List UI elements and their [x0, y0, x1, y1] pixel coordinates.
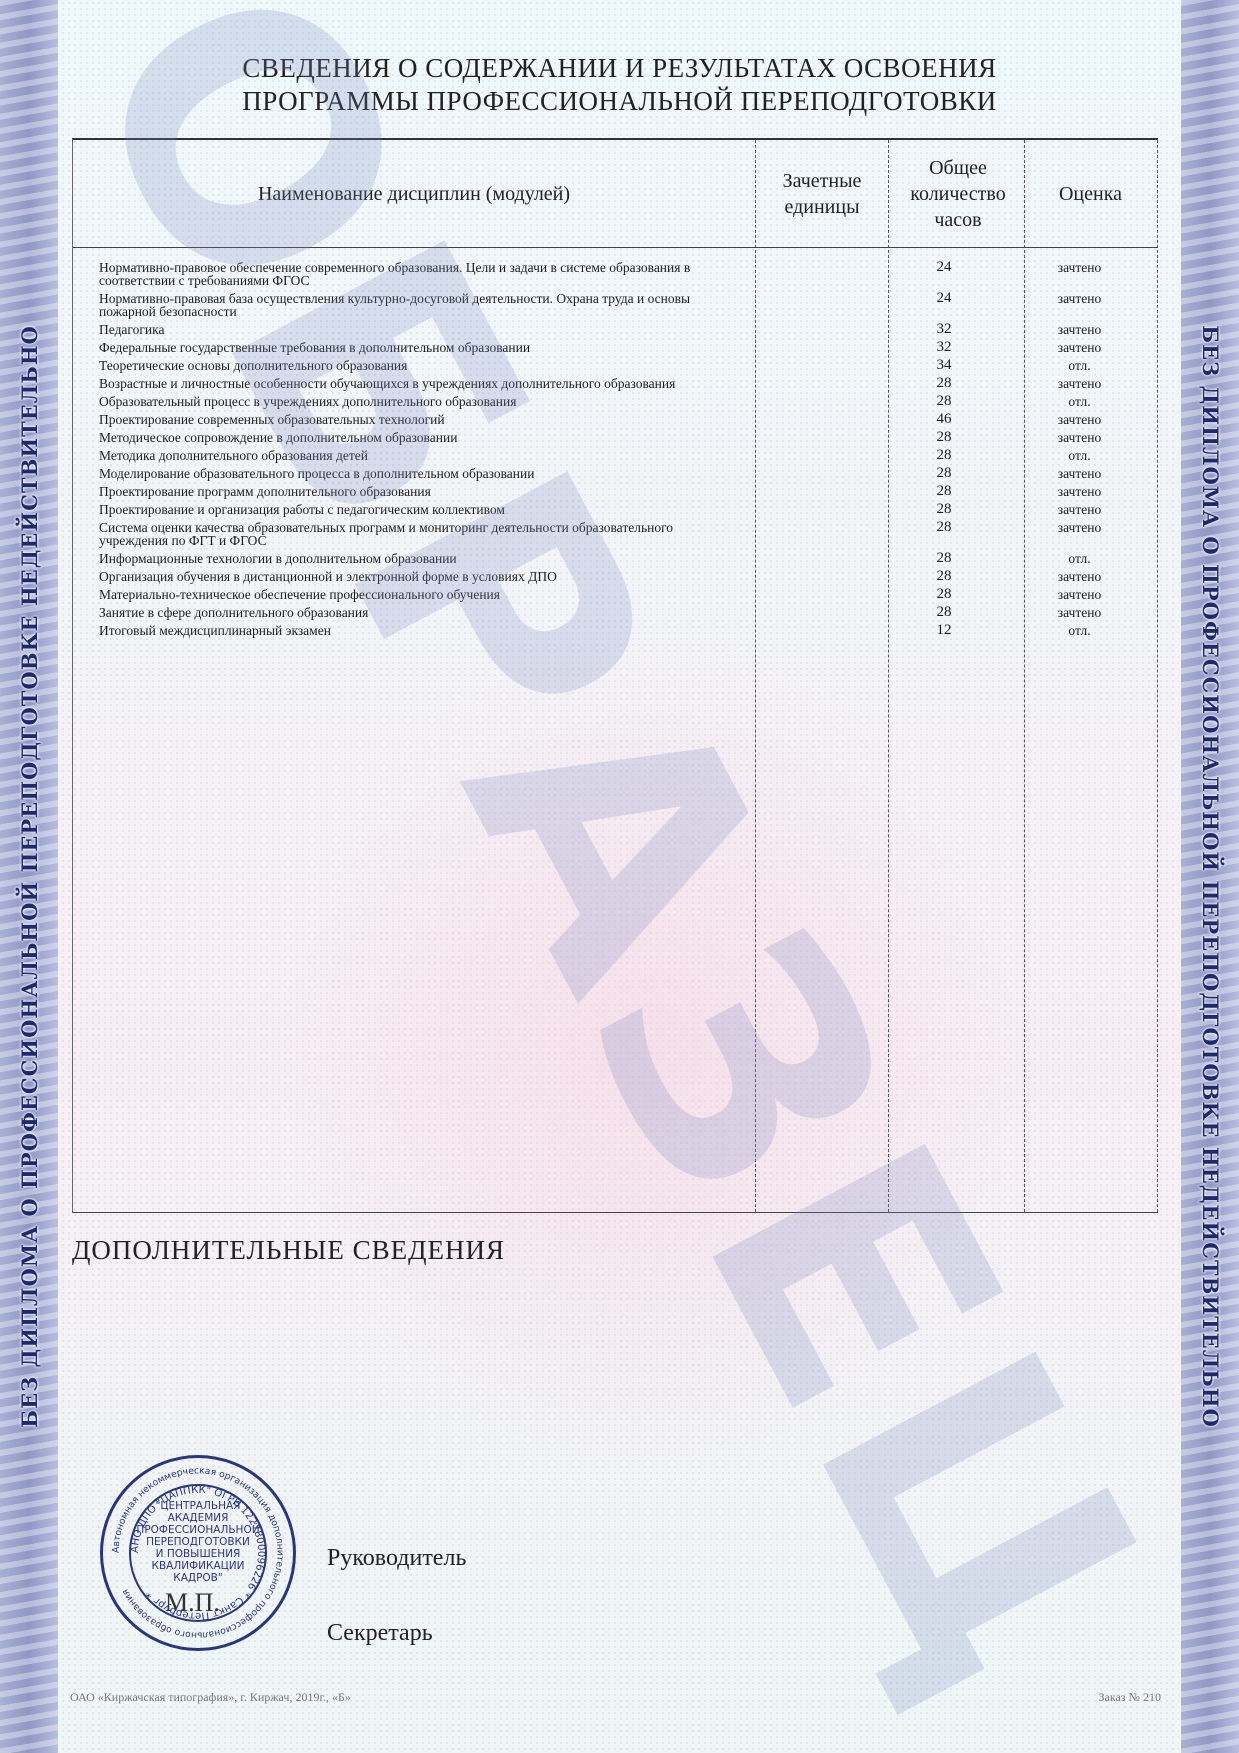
table-row: Нормативно-правовое обеспечение современ… — [73, 261, 1158, 287]
grade: отл. — [1012, 395, 1147, 408]
grade: зачтено — [1012, 467, 1147, 480]
grade: зачтено — [1012, 485, 1147, 498]
table-row: Нормативно-правовая база осуществления к… — [73, 292, 1158, 318]
table-body: Нормативно-правовое обеспечение современ… — [73, 261, 1158, 642]
seal-center-line: И ПОВЫШЕНИЯ — [103, 1548, 293, 1560]
discipline-name: Методическое сопровождение в дополнитель… — [73, 431, 743, 444]
credit-units — [743, 606, 876, 619]
seal-center-line: "ЦЕНТРАЛЬНАЯ — [103, 1500, 293, 1512]
table-row: Теоретические основы дополнительного обр… — [73, 359, 1158, 372]
additional-info-heading: ДОПОЛНИТЕЛЬНЫЕ СВЕДЕНИЯ — [72, 1235, 505, 1266]
total-hours: 28 — [876, 503, 1012, 516]
credit-units — [743, 570, 876, 583]
grade: зачтено — [1012, 292, 1147, 318]
credit-units — [743, 323, 876, 336]
header-credit-units: Зачетные единицы — [763, 140, 881, 247]
discipline-name: Итоговый междисциплинарный экзамен — [73, 624, 743, 637]
discipline-name: Нормативно-правовая база осуществления к… — [73, 292, 743, 318]
page-title: СВЕДЕНИЯ О СОДЕРЖАНИИ И РЕЗУЛЬТАТАХ ОСВО… — [0, 52, 1239, 118]
grade: зачтено — [1012, 323, 1147, 336]
discipline-name: Проектирование и организация работы с пе… — [73, 503, 743, 516]
table-row: Система оценки качества образовательных … — [73, 521, 1158, 547]
grade: зачтено — [1012, 503, 1147, 516]
total-hours: 24 — [876, 261, 1012, 287]
table-row: Педагогика32зачтено — [73, 323, 1158, 336]
table-row: Занятие в сфере дополнительного образова… — [73, 606, 1158, 619]
credit-units — [743, 377, 876, 390]
table-row: Проектирование и организация работы с пе… — [73, 503, 1158, 516]
credit-units — [743, 552, 876, 565]
discipline-name: Образовательный процесс в учреждениях до… — [73, 395, 743, 408]
discipline-name: Материально-техническое обеспечение проф… — [73, 588, 743, 601]
right-border-text: БЕЗ ДИПЛОМА О ПРОФЕССИОНАЛЬНОЙ ПЕРЕПОДГО… — [1198, 325, 1223, 1428]
left-border-text: БЕЗ ДИПЛОМА О ПРОФЕССИОНАЛЬНОЙ ПЕРЕПОДГО… — [17, 325, 42, 1428]
discipline-name: Нормативно-правовое обеспечение современ… — [73, 261, 743, 287]
grade: отл. — [1012, 552, 1147, 565]
total-hours: 12 — [876, 624, 1012, 637]
credit-units — [743, 431, 876, 444]
table-row: Методика дополнительного образования дет… — [73, 449, 1158, 462]
printer-imprint: ОАО «Киржачская типография», г. Киржач, … — [70, 1690, 351, 1705]
header-divider — [73, 247, 1158, 248]
credit-units — [743, 449, 876, 462]
header-total-hours: Общее количество часов — [908, 140, 1008, 247]
total-hours: 28 — [876, 449, 1012, 462]
seal-center-line: АКАДЕМИЯ — [103, 1512, 293, 1524]
discipline-name: Методика дополнительного образования дет… — [73, 449, 743, 462]
total-hours: 32 — [876, 323, 1012, 336]
table-row: Моделирование образовательного процесса … — [73, 467, 1158, 480]
discipline-name: Информационные технологии в дополнительн… — [73, 552, 743, 565]
disciplines-table: Наименование дисциплин (модулей) Зачетны… — [72, 138, 1158, 1213]
credit-units — [743, 359, 876, 372]
table-row: Материально-техническое обеспечение проф… — [73, 588, 1158, 601]
table-row: Организация обучения в дистанционной и э… — [73, 570, 1158, 583]
discipline-name: Система оценки качества образовательных … — [73, 521, 743, 547]
total-hours: 46 — [876, 413, 1012, 426]
discipline-name: Организация обучения в дистанционной и э… — [73, 570, 743, 583]
head-signature-label: Руководитель — [327, 1545, 466, 1572]
title-line-2: ПРОГРАММЫ ПРОФЕССИОНАЛЬНОЙ ПЕРЕПОДГОТОВК… — [0, 85, 1239, 118]
order-number: Заказ № 210 — [1098, 1690, 1161, 1705]
total-hours: 28 — [876, 552, 1012, 565]
grade: зачтено — [1012, 377, 1147, 390]
seal-center-line: КВАЛИФИКАЦИИ — [103, 1560, 293, 1572]
credit-units — [743, 292, 876, 318]
seal-center-text: "ЦЕНТРАЛЬНАЯАКАДЕМИЯПРОФЕССИОНАЛЬНОЙПЕРЕ… — [103, 1500, 293, 1584]
credit-units — [743, 485, 876, 498]
total-hours: 28 — [876, 395, 1012, 408]
left-security-border: БЕЗ ДИПЛОМА О ПРОФЕССИОНАЛЬНОЙ ПЕРЕПОДГО… — [0, 0, 58, 1753]
discipline-name: Федеральные государственные требования в… — [73, 341, 743, 354]
credit-units — [743, 588, 876, 601]
official-seal: Автономная некоммерческая организация до… — [100, 1455, 296, 1651]
total-hours: 28 — [876, 467, 1012, 480]
discipline-name: Проектирование современных образовательн… — [73, 413, 743, 426]
total-hours: 32 — [876, 341, 1012, 354]
grade: отл. — [1012, 359, 1147, 372]
credit-units — [743, 395, 876, 408]
credit-units — [743, 467, 876, 480]
grade: отл. — [1012, 624, 1147, 637]
seal-center-line: ПЕРЕПОДГОТОВКИ — [103, 1536, 293, 1548]
table-row: Проектирование современных образовательн… — [73, 413, 1158, 426]
grade: зачтено — [1012, 570, 1147, 583]
grade: зачтено — [1012, 261, 1147, 287]
seal-center-line: КАДРОВ" — [103, 1572, 293, 1584]
discipline-name: Возрастные и личностные особенности обуч… — [73, 377, 743, 390]
grade: зачтено — [1012, 431, 1147, 444]
table-row: Информационные технологии в дополнительн… — [73, 552, 1158, 565]
seal-center-line: ПРОФЕССИОНАЛЬНОЙ — [103, 1524, 293, 1536]
seal-place-label: М.П. — [165, 1588, 220, 1618]
table-row: Возрастные и личностные особенности обуч… — [73, 377, 1158, 390]
table-row: Образовательный процесс в учреждениях до… — [73, 395, 1158, 408]
total-hours: 34 — [876, 359, 1012, 372]
total-hours: 28 — [876, 588, 1012, 601]
discipline-name: Проектирование программ дополнительного … — [73, 485, 743, 498]
credit-units — [743, 521, 876, 547]
credit-units — [743, 341, 876, 354]
total-hours: 28 — [876, 485, 1012, 498]
credit-units — [743, 624, 876, 637]
grade: зачтено — [1012, 413, 1147, 426]
title-line-1: СВЕДЕНИЯ О СОДЕРЖАНИИ И РЕЗУЛЬТАТАХ ОСВО… — [0, 52, 1239, 85]
table-row: Проектирование программ дополнительного … — [73, 485, 1158, 498]
total-hours: 28 — [876, 570, 1012, 583]
grade: зачтено — [1012, 606, 1147, 619]
grade: отл. — [1012, 449, 1147, 462]
table-row: Методическое сопровождение в дополнитель… — [73, 431, 1158, 444]
credit-units — [743, 503, 876, 516]
table-row: Итоговый междисциплинарный экзамен12отл. — [73, 624, 1158, 637]
discipline-name: Занятие в сфере дополнительного образова… — [73, 606, 743, 619]
total-hours: 28 — [876, 606, 1012, 619]
header-grade: Оценка — [1024, 140, 1157, 247]
total-hours: 24 — [876, 292, 1012, 318]
table-row: Федеральные государственные требования в… — [73, 341, 1158, 354]
discipline-name: Моделирование образовательного процесса … — [73, 467, 743, 480]
grade: зачтено — [1012, 341, 1147, 354]
credit-units — [743, 413, 876, 426]
secretary-signature-label: Секретарь — [327, 1620, 433, 1647]
discipline-name: Педагогика — [73, 323, 743, 336]
right-security-border: БЕЗ ДИПЛОМА О ПРОФЕССИОНАЛЬНОЙ ПЕРЕПОДГО… — [1181, 0, 1239, 1753]
grade: зачтено — [1012, 588, 1147, 601]
discipline-name: Теоретические основы дополнительного обр… — [73, 359, 743, 372]
grade: зачтено — [1012, 521, 1147, 547]
total-hours: 28 — [876, 431, 1012, 444]
header-discipline-name: Наименование дисциплин (модулей) — [73, 140, 755, 247]
total-hours: 28 — [876, 521, 1012, 547]
credit-units — [743, 261, 876, 287]
total-hours: 28 — [876, 377, 1012, 390]
